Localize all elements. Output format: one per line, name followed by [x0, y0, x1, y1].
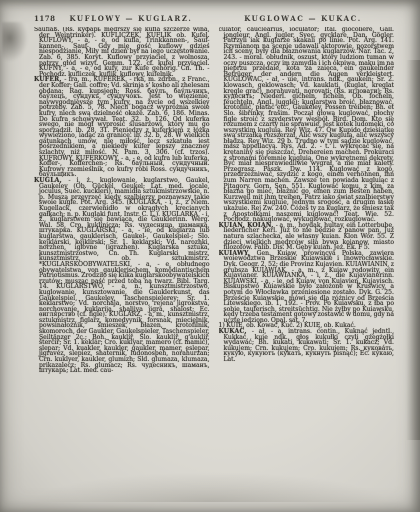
- running-title-right: KUGLOWAC — KUKAC.: [244, 14, 361, 23]
- dictionary-entry: KUIAN, KOIAN, - a, m., hoydak, hultay, e…: [219, 223, 395, 251]
- text-column-right: culator, cauclearius, ioculator; Ital. g…: [219, 27, 395, 466]
- dictionary-entry: Sauflaß. (Rs. ку́фарь mędrszy się kufla …: [34, 27, 210, 77]
- dictionary-entry: KUFER, - fra, m., KUFEREK, - rka, m. zdr…: [34, 77, 210, 178]
- dictionary-entry: KUKAC, - ał, - a, intrans. contin., Kukn…: [219, 329, 395, 363]
- page-number: 1178: [34, 14, 55, 23]
- paper-stain: [30, 472, 390, 502]
- running-header-right: KUGLOWAC — KUKAC.: [212, 14, 394, 23]
- entry-body: - fra, m., KUFEREK, - rka, m. zdrbn., z …: [39, 76, 210, 178]
- dictionary-entry: KUIAWY, Gen. Kuiaw, prowincya Polska, za…: [219, 251, 395, 324]
- text-column-left: Sauflaß. (Rs. ку́фарь mędrszy się kufla …: [34, 27, 210, 466]
- scan-edge-shadow: [406, 60, 420, 440]
- scanned-dictionary-page: 1178 KUFLOWY — KUGLARZ. KUGLOWAC — KUKAC…: [0, 0, 420, 512]
- running-title-left: KUFLOWY — KUGLARZ.: [69, 14, 192, 23]
- entry-body: Sauflaß. (Rs. ку́фарь mędrszy się kufla …: [34, 27, 210, 78]
- running-header: 1178 KUFLOWY — KUGLARZ. KUGLOWAC — KUKAC…: [34, 14, 394, 23]
- ink-smudge: [2, 22, 28, 62]
- running-header-left: 1178 KUFLOWY — KUGLARZ.: [34, 14, 212, 23]
- text-columns: Sauflaß. (Rs. ку́фарь mędrszy się kufla …: [34, 27, 394, 466]
- dictionary-entry: culator, cauclearius, ioculator; Ital. g…: [219, 27, 395, 223]
- entry-body: - i, ż., kuglowanie, kuglarstwo, Gaukel,…: [39, 177, 210, 374]
- entry-body: Gen. Kuiaw, prowincya Polska, zawiera wo…: [224, 250, 395, 324]
- entry-body: culator, cauclearius, ioculator; Ital. g…: [219, 27, 395, 223]
- dictionary-entry: KUGLA, - i, ż., kuglowanie, kuglarstwo, …: [34, 178, 210, 374]
- entry-body: - ał, - a, intrans. contin., Kuknąć jedn…: [224, 328, 395, 363]
